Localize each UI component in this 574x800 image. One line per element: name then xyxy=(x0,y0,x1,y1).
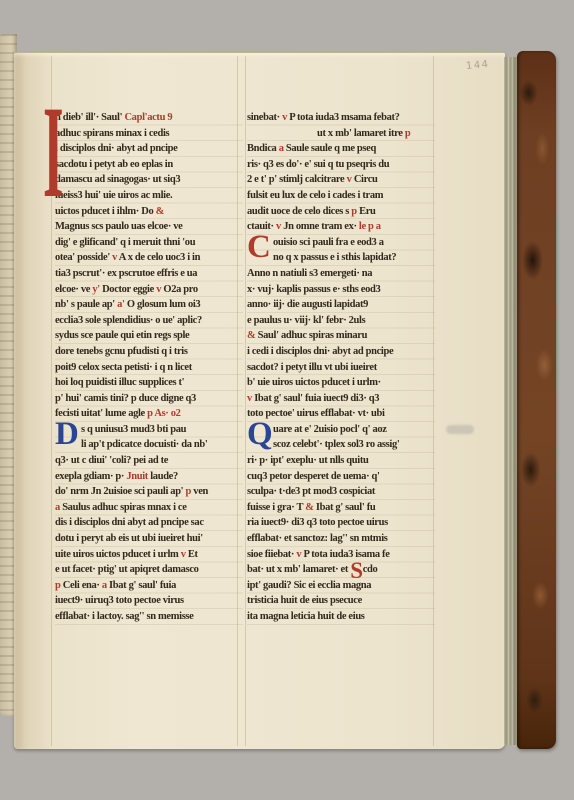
manuscript-page: 144 n dieb' ill'· Saul' Capl'actu 9adhuc… xyxy=(14,52,505,749)
leather-cover xyxy=(517,51,556,749)
folio-number: 144 xyxy=(466,59,490,72)
text-line: sioe fiiebat· v P tota iuda3 isama fe xyxy=(247,547,435,563)
text-line: i cedi i disciplos dni· abyt ad pncipe xyxy=(247,344,435,360)
text-line: fuisse i gra· T & Ibat g' saul' fu xyxy=(247,500,435,516)
text-line: efflabat· i lactoy. sag'' sn memisse xyxy=(55,609,243,625)
text-line: anno· iij· die augusti lapidat9 xyxy=(247,297,435,313)
text-line: sacdot? i petyt illu vt ubi iueiret xyxy=(247,360,435,376)
text-line: uite uiros uictos pducet i urlm v Et xyxy=(55,547,243,563)
text-line: p Celi ena· a Ibat g' saul' fuia xyxy=(55,578,243,594)
text-line: v Ibat g' saul' fuia iuect9 di3· q3 xyxy=(247,391,435,407)
initial-D: D xyxy=(55,419,80,450)
text-line: dotu i peryt ab eis ut ubi iueiret hui' xyxy=(55,531,243,547)
initial-I: I xyxy=(43,104,64,200)
text-line: no q x passus e i sthis lapidat? xyxy=(247,250,435,266)
text-line: sydus sce paule qui etin regs sple xyxy=(55,328,243,344)
text-line: Anno n natiuli s3 emergeti· na xyxy=(247,266,435,282)
text-line: ipt' gaudi? Sic ei ecclia magna xyxy=(247,578,435,594)
text-line: uare at e' 2uisio pocl' q' aoz xyxy=(247,422,435,438)
text-line: tristicia huit de eius psecuce xyxy=(247,593,435,609)
text-line: sculpa· t·de3 pt mod3 cospiciat xyxy=(247,484,435,500)
left-column: n dieb' ill'· Saul' Capl'actu 9adhuc spi… xyxy=(55,110,243,625)
right-column: sinebat· v P tota iuda3 msama febat?ut x… xyxy=(247,110,435,625)
initial-Q: Q xyxy=(247,419,272,450)
text-line: cuq3 petor desperet de uema· q' xyxy=(247,469,435,485)
text-line: elcoe· ve y' Doctor eggie v O2a pro xyxy=(55,282,243,298)
text-line: iuect9· uiruq3 toto pectoe virus xyxy=(55,593,243,609)
text-line: ri· p· ipt' exeplu· ut nlls quitu xyxy=(247,453,435,469)
text-line: adhuc spirans minax i cedis xyxy=(55,126,243,142)
text-line: x· vuj· kaplis passus e· sths eod3 xyxy=(247,282,435,298)
ruling-line xyxy=(245,56,246,746)
text-line: b' uie uiros uictos pducet i urlm· xyxy=(247,375,435,391)
text-line: i disciplos dni· abyt ad pncipe xyxy=(55,141,243,157)
text-line: & Saul' adhuc spiras minaru xyxy=(247,328,435,344)
text-line: ouisio sci pauli fra e eod3 a xyxy=(247,235,435,251)
text-line: n dieb' ill'· Saul' Capl'actu 9 xyxy=(55,110,243,126)
text-line: ut x mb' lamaret itre p xyxy=(247,126,435,142)
text-line: li ap't pdicatce docuisti· da nb' xyxy=(55,437,243,453)
text-line: fulsit eu lux de celo i cades i tram xyxy=(247,188,435,204)
margin-smudge xyxy=(446,425,474,434)
text-line: s q uniusu3 mud3 bti pau xyxy=(55,422,243,438)
text-line: bat· ut x mb' lamaret· et Scdo xyxy=(247,562,435,578)
text-line: scoz celebt'· tplex sol3 ro assig' xyxy=(247,437,435,453)
text-line: sacdotu i petyt ab eo eplas in xyxy=(55,157,243,173)
text-line: hoi loq puidisti illuc supplices t' xyxy=(55,375,243,391)
text-line: ecclia3 sole splendidius· o ue' aplic? xyxy=(55,313,243,329)
text-line: Magnus scs paulo uas elcoe· ve xyxy=(55,219,243,235)
text-line: e ut facet· ptig' ut apiqret damasco xyxy=(55,562,243,578)
text-line: do' nrm Jn 2uisioe sci pauli ap' p ven xyxy=(55,484,243,500)
text-line: sinebat· v P tota iuda3 msama febat? xyxy=(247,110,435,126)
text-line: p' hui' camis tini? p duce digne q3 xyxy=(55,391,243,407)
text-line: ris· q3 es do'· e' sui q tu pseqris du xyxy=(247,157,435,173)
text-line: otea' posside' v A x de celo uoc3 i in xyxy=(55,250,243,266)
text-line: q3· ut c diui' 'coli? pei ad te xyxy=(55,453,243,469)
text-line: a Saulus adhuc spiras mnax i ce xyxy=(55,500,243,516)
text-line: 2 e t' p' stimlj calcitrare v Circu xyxy=(247,172,435,188)
text-line: Bndica a Saule saule q me pseq xyxy=(247,141,435,157)
text-line: audit uoce de celo dices s p Eru xyxy=(247,204,435,220)
text-line: e paulus u· viij· kl' febr· 2uls xyxy=(247,313,435,329)
text-line: fecisti uitat' lume agle p As· o2 xyxy=(55,406,243,422)
text-line: ita magna leticia huit de eius xyxy=(247,609,435,625)
text-line: damascu ad sinagogas· ut siq3 xyxy=(55,172,243,188)
text-line: dis i disciplos dni abyt ad pncipe sac xyxy=(55,515,243,531)
text-line: tia3 pscrut'· ex pscrutoe effris e ua xyxy=(55,266,243,282)
text-line: iueiss3 hui' uie uiros ac mlie. xyxy=(55,188,243,204)
text-line: efflabat· et sanctoz: lag'' sn mtmis xyxy=(247,531,435,547)
text-line: ria iuect9· di3 q3 toto pectoe uirus xyxy=(247,515,435,531)
initial-C: C xyxy=(247,232,272,263)
text-line: dig' e glificand' q i meruit thni 'ou xyxy=(55,235,243,251)
text-line: exepla gdiam· p· Jnuit laude? xyxy=(55,469,243,485)
text-line: uictos pducet i ihlm· Do & xyxy=(55,204,243,220)
text-line: ctauit· v Jn omne tram ex· le p a xyxy=(247,219,435,235)
text-line: poit9 celox secta petisti· i q n licet xyxy=(55,360,243,376)
text-line: toto pectoe' uirus efflabat· vt· ubi xyxy=(247,406,435,422)
text-line: nb' s paule ap' a' O glosum lum oi3 xyxy=(55,297,243,313)
text-line: dore tenebs gcnu pfudisti q i tris xyxy=(55,344,243,360)
